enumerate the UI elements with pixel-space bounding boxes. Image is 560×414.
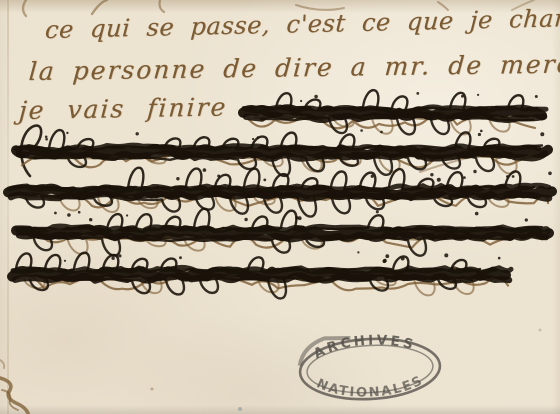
redaction-scribbles xyxy=(8,90,552,298)
manuscript-page: ce qui se passe, c'est ce que je charge … xyxy=(0,0,560,414)
svg-text:NATIONALES: NATIONALES xyxy=(313,371,427,404)
bottom-left-ink-blot xyxy=(0,360,28,413)
archives-stamp: ARCHIVES NATIONALES xyxy=(298,329,441,404)
stamp-text-nationales: NATIONALES xyxy=(313,371,427,404)
ink-overlay: ARCHIVES NATIONALES xyxy=(0,0,560,414)
